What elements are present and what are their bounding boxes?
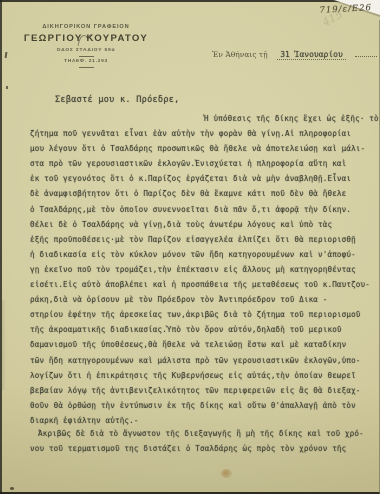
margin-ink-mark	[5, 52, 8, 58]
body-line: Ἀκριβῶς δὲ διὰ τὸ ἄγνωστον τῆς διεξαγωγῆ…	[30, 426, 366, 441]
body-line: εἰσέτι.Εἰς αὐτὸ ἀποβλέπει καὶ ἡ προσπάθε…	[30, 277, 366, 292]
body-line: βεβαίαν λόγῳ τῆς ἀντιβενιζελικότητος τῶν…	[30, 383, 366, 398]
letterhead-phone: ΤΗΛΕΦ. 21.293	[20, 59, 152, 64]
body-line: δὲ ἀναμφισβήτητον ὅτι ὁ Παρίζος δὲν θὰ ἔ…	[30, 186, 366, 201]
dateline-dotted-leader	[355, 48, 377, 57]
body-line: θοῦν θὰ ὀρθώσῃ τὴν ἐντύπωσιν ἐκ τῆς δίκη…	[30, 398, 366, 413]
body-line: μου λέγουν ὅτι ὁ Τσαλδάρης προσωπικῶς θὰ…	[30, 141, 366, 156]
letterhead-address: ΟΔΟΣ ΣΤΑΔΙΟΥ 59α	[20, 48, 152, 53]
left-edge-smudge	[0, 300, 6, 390]
scanned-letter-page: 719/ε/Ε26 415 ΔΙΚΗΓΟΡΙΚΟΝ ΓΡΑΦΕΙΟΝ ΓΕΩΡΓ…	[0, 0, 380, 494]
letterhead-office-type: ΔΙΚΗΓΟΡΙΚΟΝ ΓΡΑΦΕΙΟΝ	[20, 24, 152, 30]
body-line: ζήτημα ποῦ γεννᾶται εἶναι ἐὰν αὐτὴν τὴν …	[30, 126, 366, 141]
body-line: τῶν ἤδη κατηγορουμένων καὶ μάλιστα πρὸ τ…	[30, 353, 366, 368]
paper-stain	[221, 469, 232, 478]
body-line: ἑξῆς προϋποθέσεις·μὲ τὸν Παρίζον εἰσαγγε…	[30, 232, 366, 247]
body-line: γῃ ἐκεῖνο ποῦ τὸν τρομάζει,τὴν ἐπέκτασιν…	[30, 262, 366, 277]
salutation: Σεβαστέ μου κ. Πρόεδρε,	[55, 95, 180, 105]
margin-ink-dot	[6, 86, 8, 89]
body-line: ἐκ τοῦ γεγονότος ὅτι ὁ κ.Παρίζος ἐργάζετ…	[30, 171, 366, 186]
letterhead-divider	[79, 67, 94, 68]
body-line: ὁ Τσαλδάρης,μὲ τὸν ὁποῖον συνεννοεῖται δ…	[30, 202, 366, 217]
body-line: ράκη,διὰ νὰ ὁρίσουν μὲ τὸν Πρόεδρον τὸν …	[30, 292, 366, 307]
paper-dot-stain	[10, 487, 14, 490]
body-line: λογίζων ὅτι ἡ ἐπικράτησις τῆς Κυβερνήσεω…	[30, 368, 366, 383]
letterhead-name: ΓΕΩΡΓΙΟΥ ΚΟΥΡΑΤΟΥ	[20, 33, 152, 44]
scan-edge-left	[0, 0, 2, 494]
dateline: Ἐν Ἀθήναις τῇ 31 Ἰανουαρίου 1935	[212, 42, 380, 61]
scan-edge-top	[0, 0, 380, 2]
letterhead-divider	[79, 56, 94, 57]
body-line: δαμανισμοῦ τῆς ὑποθέσεως,θὰ ἤθελε νὰ τελ…	[30, 337, 366, 352]
body-line: τῆς ἀκροαματικῆς διαδικασίας.Ὑπὸ τὸν ὅρο…	[30, 322, 366, 337]
body-line: ἡ διαδικασία εἰς τὸν κύκλον μόνον τῶν ἤδ…	[30, 247, 366, 262]
body-paragraph-1: Ἡ ὑπόθεσις τῆς δίκης ἔχει ὡς ἑξῆς· τὸ κύ…	[30, 111, 366, 428]
body-line: στα πρὸ τῶν γερουσιαστικῶν ἐκλογῶν.Ἐνισχ…	[30, 156, 366, 171]
body-line: Θέλει δὲ ὁ Τσαλδάρης νὰ γίνῃ,διὰ τοὺς ἀν…	[30, 217, 366, 232]
body-line: Ἡ ὑπόθεσις τῆς δίκης ἔχει ὡς ἑξῆς· τὸ κύ…	[30, 111, 366, 126]
body-line: νου τοῦ τερματισμοῦ της διστάζει ὁ Τσαλδ…	[30, 441, 366, 456]
dateline-printed-prefix: Ἐν Ἀθήναις τῇ	[212, 50, 268, 59]
letterhead: ΔΙΚΗΓΟΡΙΚΟΝ ΓΡΑΦΕΙΟΝ ΓΕΩΡΓΙΟΥ ΚΟΥΡΑΤΟΥ Ο…	[20, 24, 152, 70]
body-line: στηρίου ἐφέτην τῆς ἀρεσκείας των,ἀκριβῶς…	[30, 307, 366, 322]
dateline-typed-date: 31 Ἰανουαρίου	[277, 50, 346, 60]
body-paragraph-2: Ἀκριβῶς δὲ διὰ τὸ ἄγνωστον τῆς διεξαγωγῆ…	[30, 426, 366, 456]
